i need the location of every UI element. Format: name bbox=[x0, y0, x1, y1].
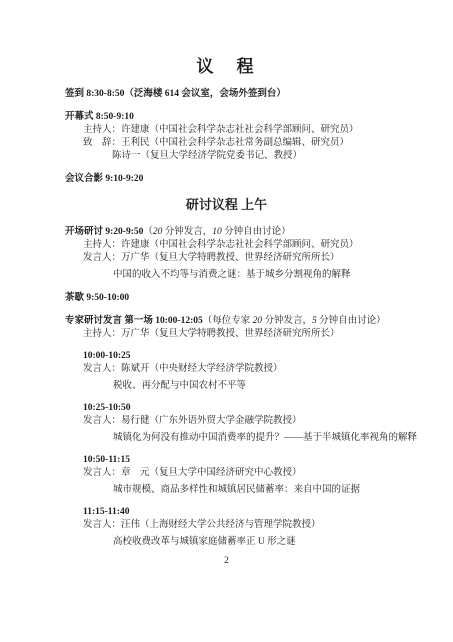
agenda-line-detail: 发言人：章 元（复旦大学中国经济研究中心教授） bbox=[0, 467, 453, 480]
text-segment: 签到 8:30-8:50（泛海楼 614 会议室，会场外签到台） bbox=[65, 89, 286, 99]
text-segment: 20 bbox=[253, 316, 263, 326]
document-title: 议 程 bbox=[0, 56, 453, 78]
agenda-line-detail: 主持人：许建康（中国社会科学杂志社社会科学部顾问、研究员） bbox=[0, 124, 453, 137]
agenda-line-time: 10:00-10:25 bbox=[0, 350, 453, 363]
text-segment: 茶歇 9:50-10:00 bbox=[65, 293, 129, 303]
agenda-line-detail: 发言人：万广华（复旦大学特聘教授、世界经济研究所所长） bbox=[0, 252, 453, 265]
text-segment: 10 bbox=[212, 227, 222, 237]
text-segment: 致 辞：王利民（中国社会科学杂志社常务副总编辑、研究员） bbox=[83, 138, 349, 148]
agenda-line-paper: 城镇化为何没有推动中国消费率的提升？——基于半城镇化率视角的解释 bbox=[0, 432, 453, 445]
text-segment: 11:15-11:40 bbox=[83, 507, 129, 517]
text-segment: 会议合影 9:10-9:20 bbox=[65, 174, 143, 184]
text-segment: 10:00-10:25 bbox=[83, 351, 131, 361]
agenda-line-detail: 主持人：万广华（复旦大学特聘教授、世界经济研究所所长） bbox=[0, 328, 453, 341]
agenda-line-time: 10:50-11:15 bbox=[0, 454, 453, 467]
text-segment: （ bbox=[143, 227, 153, 237]
text-segment: 发言人：易行健（广东外语外贸大学金融学院教授） bbox=[83, 416, 302, 426]
text-segment: 分钟自由讨论） bbox=[317, 316, 386, 326]
text-segment: 10:25-10:50 bbox=[83, 403, 131, 413]
agenda-line-paper: 税收、再分配与中国农村不平等 bbox=[0, 380, 453, 393]
text-segment: 开场研讨 9:20-9:50 bbox=[65, 227, 143, 237]
text-segment: 主持人：许建康（中国社会科学杂志社社会科学部顾问、研究员） bbox=[83, 125, 359, 135]
text-segment: 发言人：章 元（复旦大学中国经济研究中心教授） bbox=[83, 468, 302, 478]
text-segment: 发言人：万广华（复旦大学特聘教授、世界经济研究所所长） bbox=[83, 253, 340, 263]
text-segment: 研讨议程 上午 bbox=[186, 197, 267, 212]
agenda-line-detail: 发言人：陈斌开（中央财经大学经济学院教授） bbox=[0, 363, 453, 376]
agenda-line-detail2: 陈诗一（复旦大学经济学院党委书记、教授） bbox=[0, 150, 453, 163]
agenda-lines: 签到 8:30-8:50（泛海楼 614 会议室，会场外签到台）开幕式 8:50… bbox=[0, 88, 453, 549]
text-segment: 中国的收入不均等与消费之谜：基于城乡分割视角的解释 bbox=[113, 270, 351, 280]
text-segment: 城市规模、商品多样性和城镇居民储蓄率：来自中国的证据 bbox=[113, 485, 360, 495]
text-segment: 城镇化为何没有推动中国消费率的提升？——基于半城镇化率视角的解释 bbox=[113, 433, 417, 443]
text-segment: 20 bbox=[153, 227, 163, 237]
agenda-line-section: 开幕式 8:50-9:10 bbox=[0, 111, 453, 124]
text-segment: 主持人：许建康（中国社会科学杂志社社会科学部顾问、研究员） bbox=[83, 240, 359, 250]
agenda-line-detail: 主持人：许建康（中国社会科学杂志社社会科学部顾问、研究员） bbox=[0, 239, 453, 252]
text-segment: 主持人：万广华（复旦大学特聘教授、世界经济研究所所长） bbox=[83, 329, 340, 339]
text-segment: 开幕式 8:50-9:10 bbox=[65, 112, 134, 122]
text-segment: 税收、再分配与中国农村不平等 bbox=[113, 381, 246, 391]
agenda-line-paper: 高校收费改革与城镇家庭储蓄率正 U 形之谜 bbox=[0, 536, 453, 549]
agenda-line-section: 会议合影 9:10-9:20 bbox=[0, 173, 453, 186]
page-number: 2 bbox=[0, 555, 453, 568]
text-segment: 陈诗一（复旦大学经济学院党委书记、教授） bbox=[112, 151, 302, 161]
text-segment: 分钟发言， bbox=[262, 316, 312, 326]
agenda-line-detail: 致 辞：王利民（中国社会科学杂志社常务副总编辑、研究员） bbox=[0, 137, 453, 150]
agenda-line-paper: 中国的收入不均等与消费之谜：基于城乡分割视角的解释 bbox=[0, 269, 453, 282]
agenda-line-section: 茶歇 9:50-10:00 bbox=[0, 292, 453, 305]
agenda-line-detail: 发言人：汪伟（上海财经大学公共经济与管理学院教授） bbox=[0, 519, 453, 532]
agenda-line-section: 签到 8:30-8:50（泛海楼 614 会议室，会场外签到台） bbox=[0, 88, 453, 101]
agenda-line-detail: 发言人：易行健（广东外语外贸大学金融学院教授） bbox=[0, 415, 453, 428]
agenda-line-paper: 城市规模、商品多样性和城镇居民储蓄率：来自中国的证据 bbox=[0, 484, 453, 497]
agenda-line-time: 11:15-11:40 bbox=[0, 506, 453, 519]
agenda-line-time: 10:25-10:50 bbox=[0, 402, 453, 415]
agenda-line-sub-title: 研讨议程 上午 bbox=[0, 196, 453, 214]
text-segment: 高校收费改革与城镇家庭储蓄率正 U 形之谜 bbox=[113, 537, 296, 547]
agenda-line-section: 开场研讨 9:20-9:50（20 分钟发言，10 分钟自由讨论） bbox=[0, 226, 453, 239]
text-segment: 发言人：汪伟（上海财经大学公共经济与管理学院教授） bbox=[83, 520, 321, 530]
document-page: 议 程 签到 8:30-8:50（泛海楼 614 会议室，会场外签到台）开幕式 … bbox=[0, 0, 453, 642]
text-segment: （每位专家 bbox=[203, 316, 253, 326]
text-segment: 10:50-11:15 bbox=[83, 455, 130, 465]
text-segment: 分钟自由讨论） bbox=[222, 227, 291, 237]
text-segment: 发言人：陈斌开（中央财经大学经济学院教授） bbox=[83, 364, 283, 374]
text-segment: 专家研讨发言 第一场 10:00-12:05 bbox=[65, 316, 203, 326]
text-segment: 分钟发言， bbox=[162, 227, 212, 237]
agenda-line-section: 专家研讨发言 第一场 10:00-12:05（每位专家 20 分钟发言，5 分钟… bbox=[0, 315, 453, 328]
